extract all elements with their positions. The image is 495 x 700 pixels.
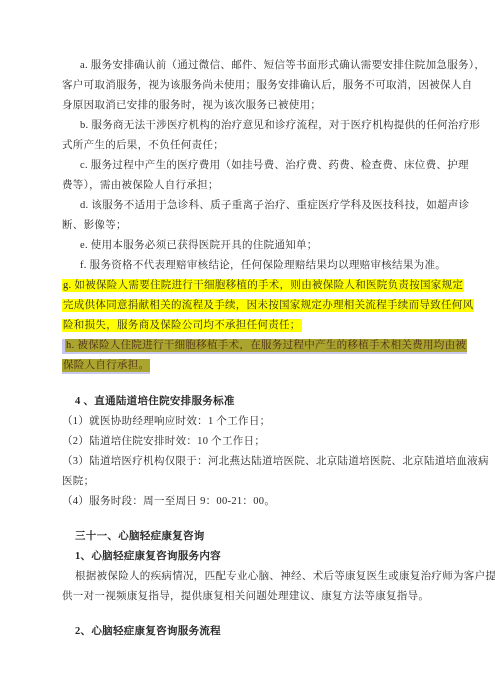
term-item-g-highlighted-line2: 完成供体同意捐献相关的流程及手续，因未按国家规定办理相关流程手续而导致任何风 xyxy=(62,296,434,316)
term-item-c-line2: 费等），需由被保险人自行承担； xyxy=(62,176,434,196)
yellow-highlight: g. 如被保险人需要住院进行干细胞移植的手术，则由被保险人和医院负责按国家规定 xyxy=(62,279,464,292)
term-item-a-line1: a. 服务安排确认前（通过微信、邮件、短信等书面形式确认需要安排住院加急服务）， xyxy=(62,56,434,76)
spacer xyxy=(62,607,434,622)
service-content-line2: 供一对一视频康复指导，提供康复相关问题处理建议、康复方法等康复指导。 xyxy=(62,587,434,607)
yellow-highlight: 险和损失，服务商及保险公司均不承担任何责任； xyxy=(62,319,302,332)
yellow-highlight: 完成供体同意捐献相关的流程及手续，因未按国家规定办理相关流程手续而导致任何风 xyxy=(62,299,474,312)
spacer xyxy=(62,512,434,527)
term-item-e: e. 使用本服务必须已获得医院开具的住院通知单； xyxy=(62,236,434,256)
section-heading-4: 4 、直通陆道培住院安排服务标准 xyxy=(62,392,434,412)
term-item-g-highlighted-line3: 险和损失，服务商及保险公司均不承担任何责任； xyxy=(62,316,434,336)
term-item-a-line2: 客户可取消服务，视为该服务尚未使用；服务安排确认后，服务不可取消，因被保人自 xyxy=(62,76,434,96)
chapter-heading-31: 三十一、心脑轻症康复咨询 xyxy=(62,527,434,547)
document-page: a. 服务安排确认前（通过微信、邮件、短信等书面形式确认需要安排住院加急服务），… xyxy=(0,0,495,700)
term-item-d-line1: d. 该服务不适用于急诊科、质子重离子治疗、重症医疗学科及医技科技，如超声诊 xyxy=(62,196,434,216)
standard-item-1: （1）就医协助经理响应时效：1 个工作日； xyxy=(62,412,434,432)
selected-highlight: h. 被保险人住院进行干细胞移植手术，在服务过程中产生的移植手术相关费用均由被 xyxy=(62,339,467,352)
standard-item-3-line1: （3）陆道培医疗机构仅限于：河北燕达陆道培医院、北京陆道培医院、北京陆道培血液病 xyxy=(62,452,434,472)
term-item-h-selected-line2: 保险人自行承担。 xyxy=(62,356,434,376)
term-item-b-line1: b. 服务商无法干涉医疗机构的治疗意见和诊疗流程，对于医疗机构提供的任何治疗形 xyxy=(62,116,434,136)
selected-highlight: 保险人自行承担。 xyxy=(62,359,150,372)
term-item-g-highlighted-line1: g. 如被保险人需要住院进行干细胞移植的手术，则由被保险人和医院负责按国家规定 xyxy=(62,276,434,296)
term-item-f: f. 服务资格不代表理赔审核结论，任何保险理赔结果均以理赔审核结果为准。 xyxy=(62,256,434,276)
standard-item-4: （4）服务时段：周一至周日 9：00-21：00。 xyxy=(62,492,434,512)
service-content-line1: 根据被保险人的疾病情况，匹配专业心脑、神经、术后等康复医生或康复治疗师为客户提 xyxy=(62,567,434,587)
term-item-d-line2: 断、影像等； xyxy=(62,216,434,236)
term-item-a-line3: 身原因取消已安排的服务时，视为该次服务已被使用； xyxy=(62,96,434,116)
subsection-heading-2: 2、心脑轻症康复咨询服务流程 xyxy=(62,622,434,642)
standard-item-3-line2: 医院； xyxy=(62,472,434,492)
spacer xyxy=(62,376,434,392)
term-item-h-selected-line1: h. 被保险人住院进行干细胞移植手术，在服务过程中产生的移植手术相关费用均由被 xyxy=(62,336,434,356)
term-item-b-line2: 式所产生的后果，不负任何责任； xyxy=(62,136,434,156)
standard-item-2: （2）陆道培住院安排时效：10 个工作日； xyxy=(62,432,434,452)
subsection-heading-1: 1、心脑轻症康复咨询服务内容 xyxy=(62,547,434,567)
term-item-c-line1: c. 服务过程中产生的医疗费用（如挂号费、治疗费、药费、检查费、床位费、护理 xyxy=(62,156,434,176)
